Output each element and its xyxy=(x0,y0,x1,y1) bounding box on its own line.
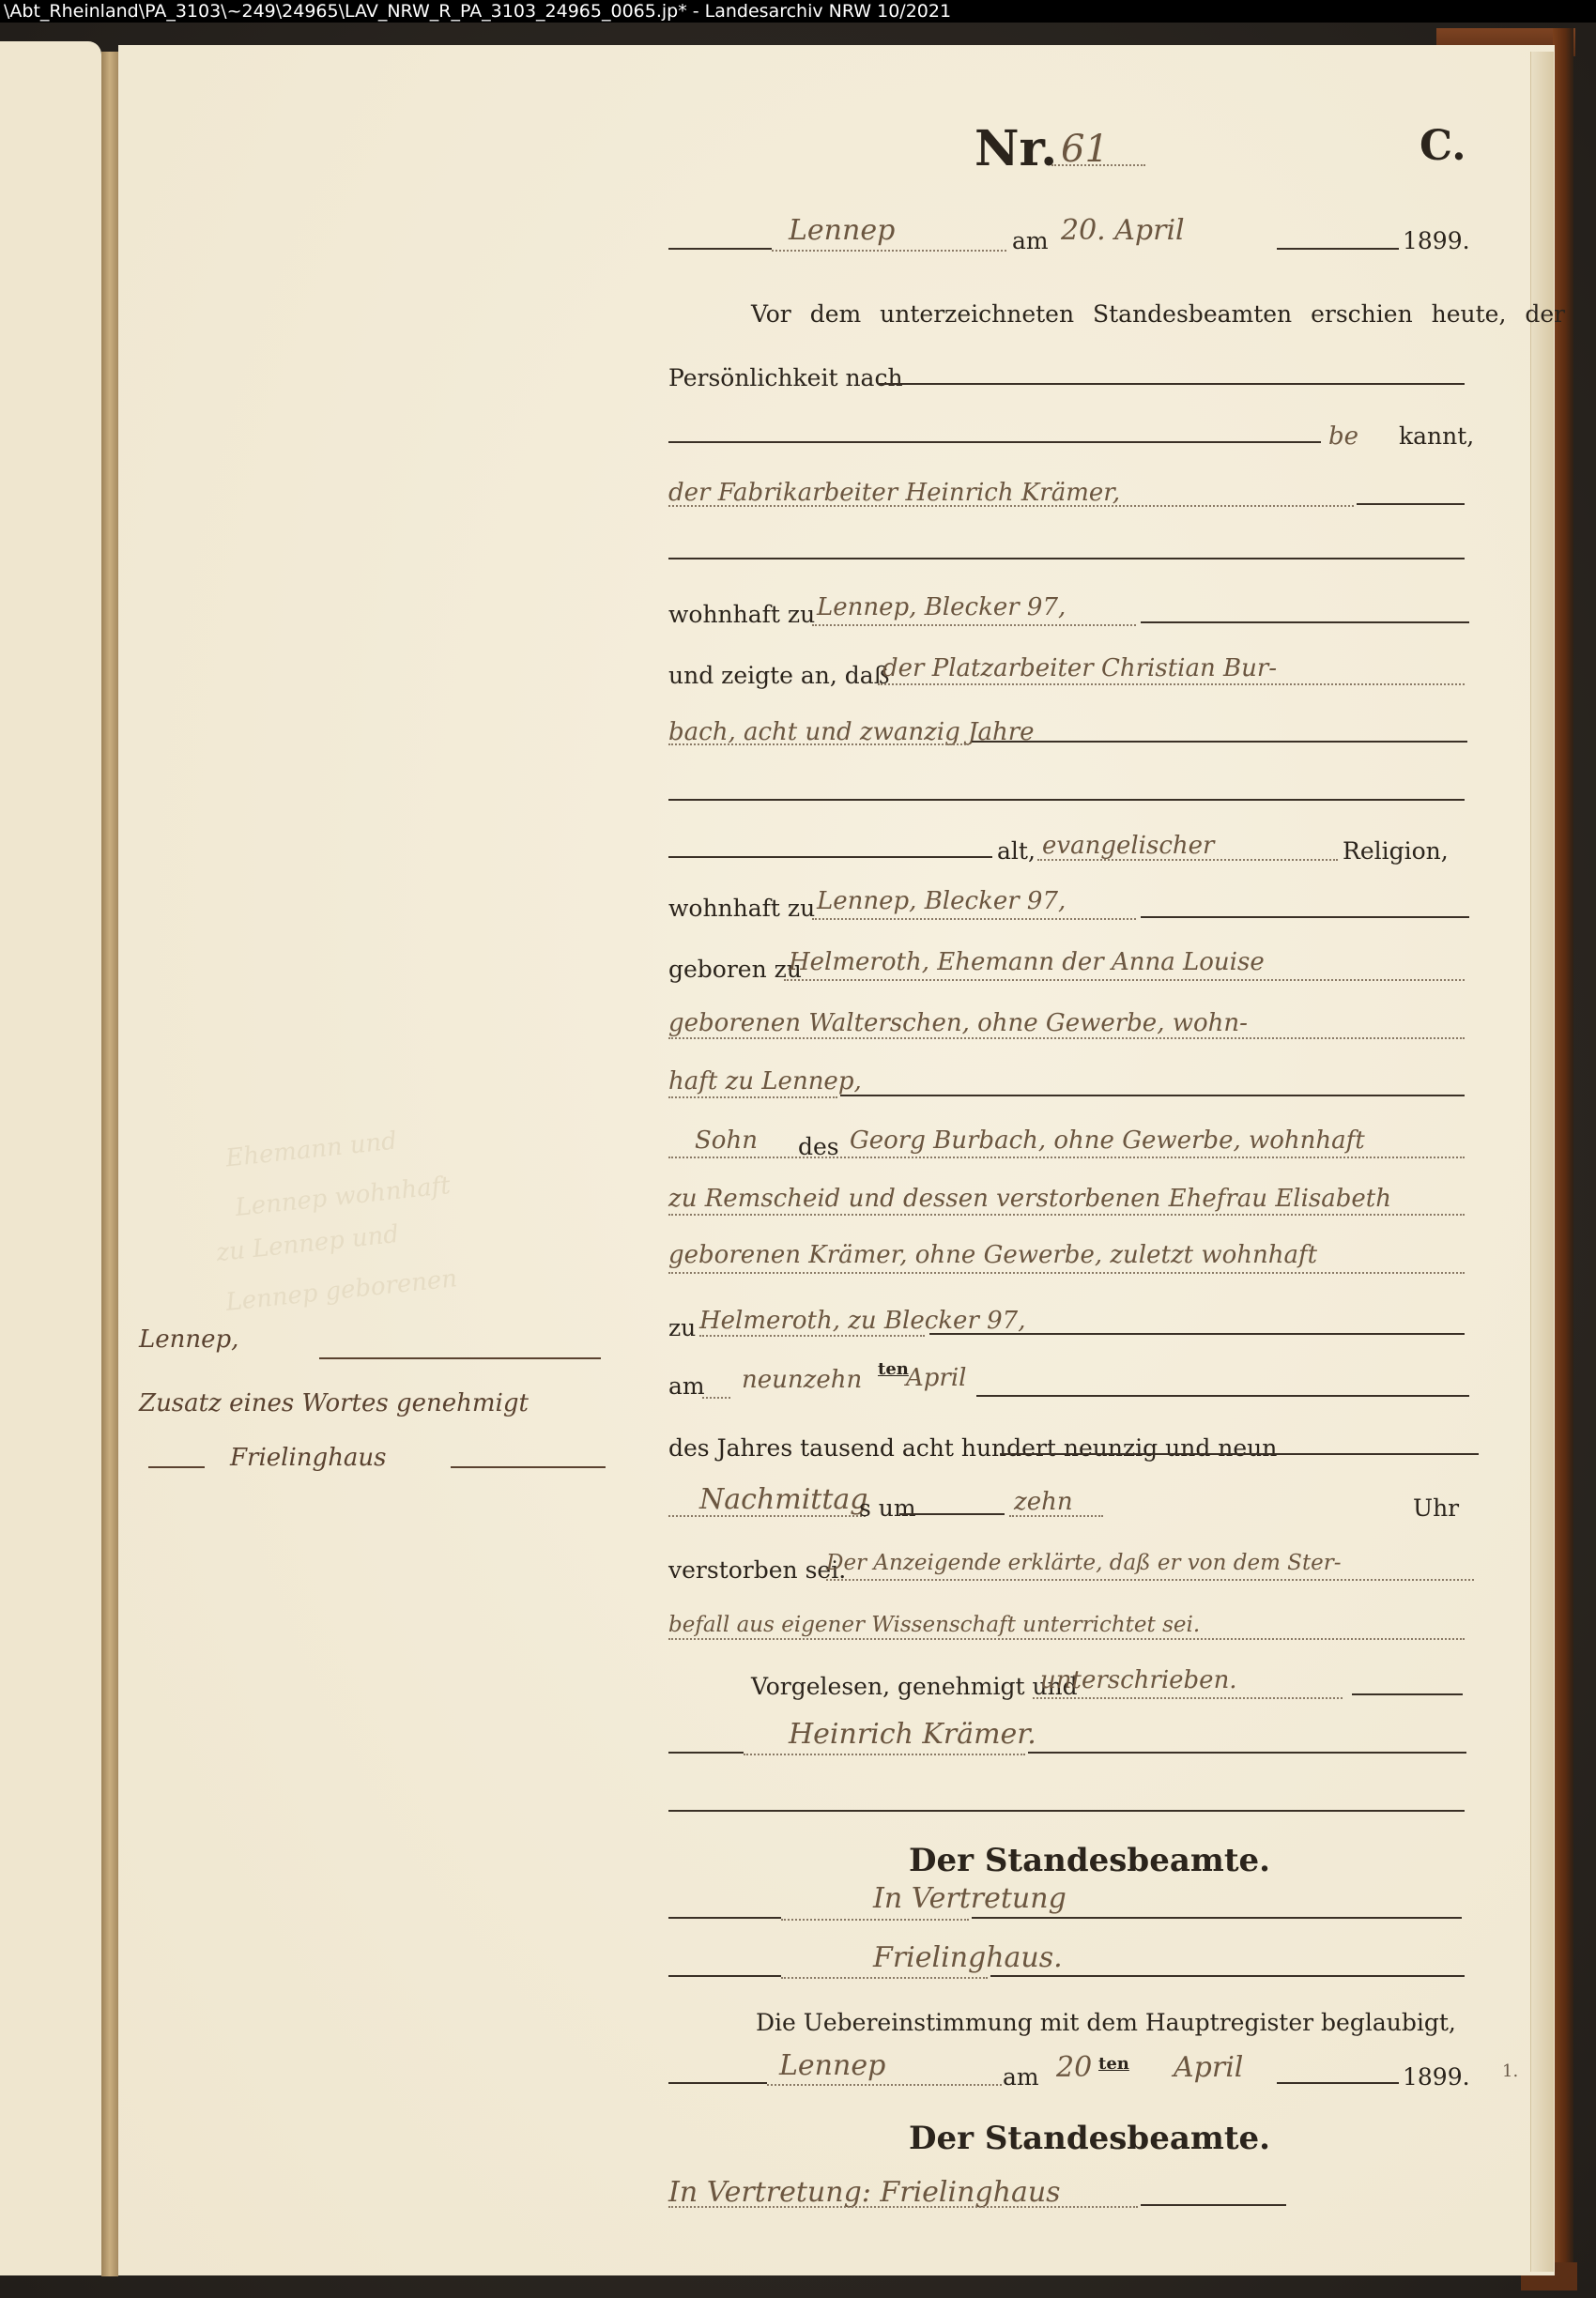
rule xyxy=(1000,1453,1479,1455)
birth-line3: haft zu Lennep, xyxy=(668,1067,862,1095)
registrar2-signature: In Vertretung: Frielinghaus xyxy=(668,2176,1061,2209)
certification-am: am xyxy=(1003,2063,1039,2091)
rule xyxy=(899,1513,1005,1515)
dots xyxy=(668,1157,1465,1158)
rule xyxy=(1352,1693,1463,1695)
rule xyxy=(668,2082,767,2084)
birth-line2: geborenen Walterschen, ohne Gewerbe, woh… xyxy=(668,1009,1248,1037)
dots xyxy=(668,505,1354,507)
parents-zu: zu xyxy=(668,1314,696,1341)
declarant-signature: Heinrich Krämer. xyxy=(789,1718,1036,1751)
approval-value: unterschrieben. xyxy=(1040,1666,1237,1694)
rule xyxy=(878,383,1465,385)
dots xyxy=(702,1397,730,1399)
birth-label: geboren zu xyxy=(668,956,802,983)
intro-line: Vor dem unterzeichneten Standesbeamten e… xyxy=(751,300,1565,328)
dots xyxy=(744,1754,1025,1755)
dots xyxy=(781,1919,969,1921)
rule xyxy=(1141,916,1469,918)
rule xyxy=(668,558,1465,559)
rule xyxy=(972,741,1467,743)
dots xyxy=(668,1638,1465,1640)
registrar-line1: In Vertretung xyxy=(873,1882,1067,1915)
dots xyxy=(1009,1515,1103,1517)
dots xyxy=(781,1977,988,1979)
rule xyxy=(1141,621,1469,623)
death-day-suffix: ten xyxy=(878,1359,909,1379)
date-year: 1899. xyxy=(1403,227,1470,254)
deceased-residence-value: Lennep, Blecker 97, xyxy=(817,887,1066,915)
rule xyxy=(1141,2204,1286,2206)
edge-mark: 1. xyxy=(1502,2061,1518,2081)
rule xyxy=(668,441,1321,443)
rule xyxy=(668,1752,744,1754)
rule xyxy=(1277,2082,1399,2084)
date-value: 20. April xyxy=(1061,214,1185,247)
window-title: \Abt_Rheinland\PA_3103\~249\24965\LAV_NR… xyxy=(0,0,1596,23)
rule xyxy=(1028,1752,1466,1754)
death-remark-1: Der Anzeigende erklärte, daß er von dem … xyxy=(826,1551,1342,1575)
rule xyxy=(929,1333,1465,1335)
registrar-title: Der Standesbeamte. xyxy=(909,1842,1270,1879)
parents-line3: geborenen Krämer, ohne Gewerbe, zuletzt … xyxy=(668,1241,1317,1269)
rule xyxy=(668,799,1465,801)
registrar-signature: Frielinghaus. xyxy=(873,1941,1063,1974)
dots xyxy=(878,683,1465,685)
series-letter: C. xyxy=(1420,122,1466,170)
rule xyxy=(451,1466,606,1468)
dots xyxy=(812,918,1136,920)
dots xyxy=(826,1579,1474,1581)
religion-value: evangelischer xyxy=(1042,832,1214,860)
birth-line1: Helmeroth, Ehemann der Anna Louise xyxy=(789,948,1265,976)
dots xyxy=(812,624,1136,626)
death-day: neunzehn xyxy=(742,1366,862,1394)
certification-day-suffix: ten xyxy=(1098,2054,1129,2074)
religion-label: Religion, xyxy=(1343,837,1449,865)
death-remark-2: befall aus eigener Wissenschaft unterric… xyxy=(668,1613,1200,1637)
certification-text: Die Uebereinstimmung mit dem Hauptregist… xyxy=(756,2009,1456,2036)
certification-place: Lennep xyxy=(779,2049,885,2082)
rule xyxy=(668,1975,781,1977)
parents-line4: Helmeroth, zu Blecker 97, xyxy=(699,1307,1025,1335)
dots xyxy=(668,1515,866,1517)
approval-label: Vorgelesen, genehmigt und xyxy=(751,1673,1078,1700)
certification-year: 1899. xyxy=(1403,2063,1470,2091)
death-year-text: des Jahres tausend acht hundert neunzig … xyxy=(668,1434,1277,1462)
rule xyxy=(990,1975,1465,1977)
deceased-residence-label: wohnhaft zu xyxy=(668,895,815,922)
rule xyxy=(668,1810,1465,1812)
death-uhr: Uhr xyxy=(1413,1494,1459,1522)
parents-line2: zu Remscheid und dessen verstorbenen Ehe… xyxy=(668,1185,1391,1213)
book-gutter xyxy=(101,52,118,2276)
page-stack-edge xyxy=(1530,52,1554,2272)
rule xyxy=(976,1395,1469,1397)
death-hour: zehn xyxy=(1014,1488,1073,1516)
margin-note-line1: Lennep, xyxy=(139,1325,238,1354)
death-verstorben: verstorben sei. xyxy=(668,1556,846,1584)
rule xyxy=(668,248,772,250)
rule xyxy=(668,856,992,858)
record-number-dots xyxy=(1051,164,1145,166)
dots xyxy=(1037,859,1338,861)
dots xyxy=(668,2206,1138,2208)
declarant-residence-value: Lennep, Blecker 97, xyxy=(817,593,1066,621)
registrar2-title: Der Standesbeamte. xyxy=(909,2120,1270,2157)
age-label: alt, xyxy=(997,837,1036,865)
death-s-um: s um xyxy=(859,1494,916,1522)
declarant-name: der Fabrikarbeiter Heinrich Krämer, xyxy=(668,479,1120,507)
dots xyxy=(668,1272,1465,1274)
dots xyxy=(668,1037,1465,1039)
dots xyxy=(699,1335,925,1337)
dots xyxy=(668,1096,837,1098)
left-page-edge xyxy=(0,41,101,2275)
death-time-of-day: Nachmittag xyxy=(699,1483,868,1516)
rule xyxy=(972,1917,1462,1919)
intro-bekannt-prefix: be xyxy=(1328,422,1358,451)
rule xyxy=(1357,503,1465,505)
certification-month: April xyxy=(1174,2051,1243,2084)
intro-bekannt: kannt, xyxy=(1399,422,1474,450)
dots xyxy=(668,1214,1465,1216)
rule xyxy=(668,1917,781,1919)
death-am: am xyxy=(668,1372,705,1400)
dots xyxy=(668,743,969,745)
intro-label: Persönlichkeit nach xyxy=(668,364,903,391)
leather-binding-edge xyxy=(1553,28,1573,2290)
deceased-label: und zeigte an, daß xyxy=(668,662,889,689)
rule xyxy=(148,1466,205,1468)
declarant-residence-label: wohnhaft zu xyxy=(668,601,815,628)
parents-sohn: Sohn xyxy=(695,1126,758,1155)
date-place: Lennep xyxy=(789,214,895,247)
dots xyxy=(1033,1697,1343,1699)
margin-note-line2: Zusatz eines Wortes genehmigt xyxy=(139,1389,529,1417)
parents-father: Georg Burbach, ohne Gewerbe, wohnhaft xyxy=(850,1126,1365,1155)
dots xyxy=(772,250,1006,252)
date-am: am xyxy=(1012,227,1049,254)
deceased-line1: der Platzarbeiter Christian Bur- xyxy=(882,654,1277,682)
record-number-label: Nr. xyxy=(974,120,1057,177)
rule xyxy=(1277,248,1399,250)
rule xyxy=(840,1095,1465,1096)
dots xyxy=(767,2084,1002,2086)
margin-note-signature: Frielinghaus xyxy=(230,1444,387,1472)
rule xyxy=(319,1357,601,1359)
dots xyxy=(784,979,1465,981)
death-month: April xyxy=(906,1364,966,1392)
certification-day: 20 xyxy=(1056,2051,1092,2084)
